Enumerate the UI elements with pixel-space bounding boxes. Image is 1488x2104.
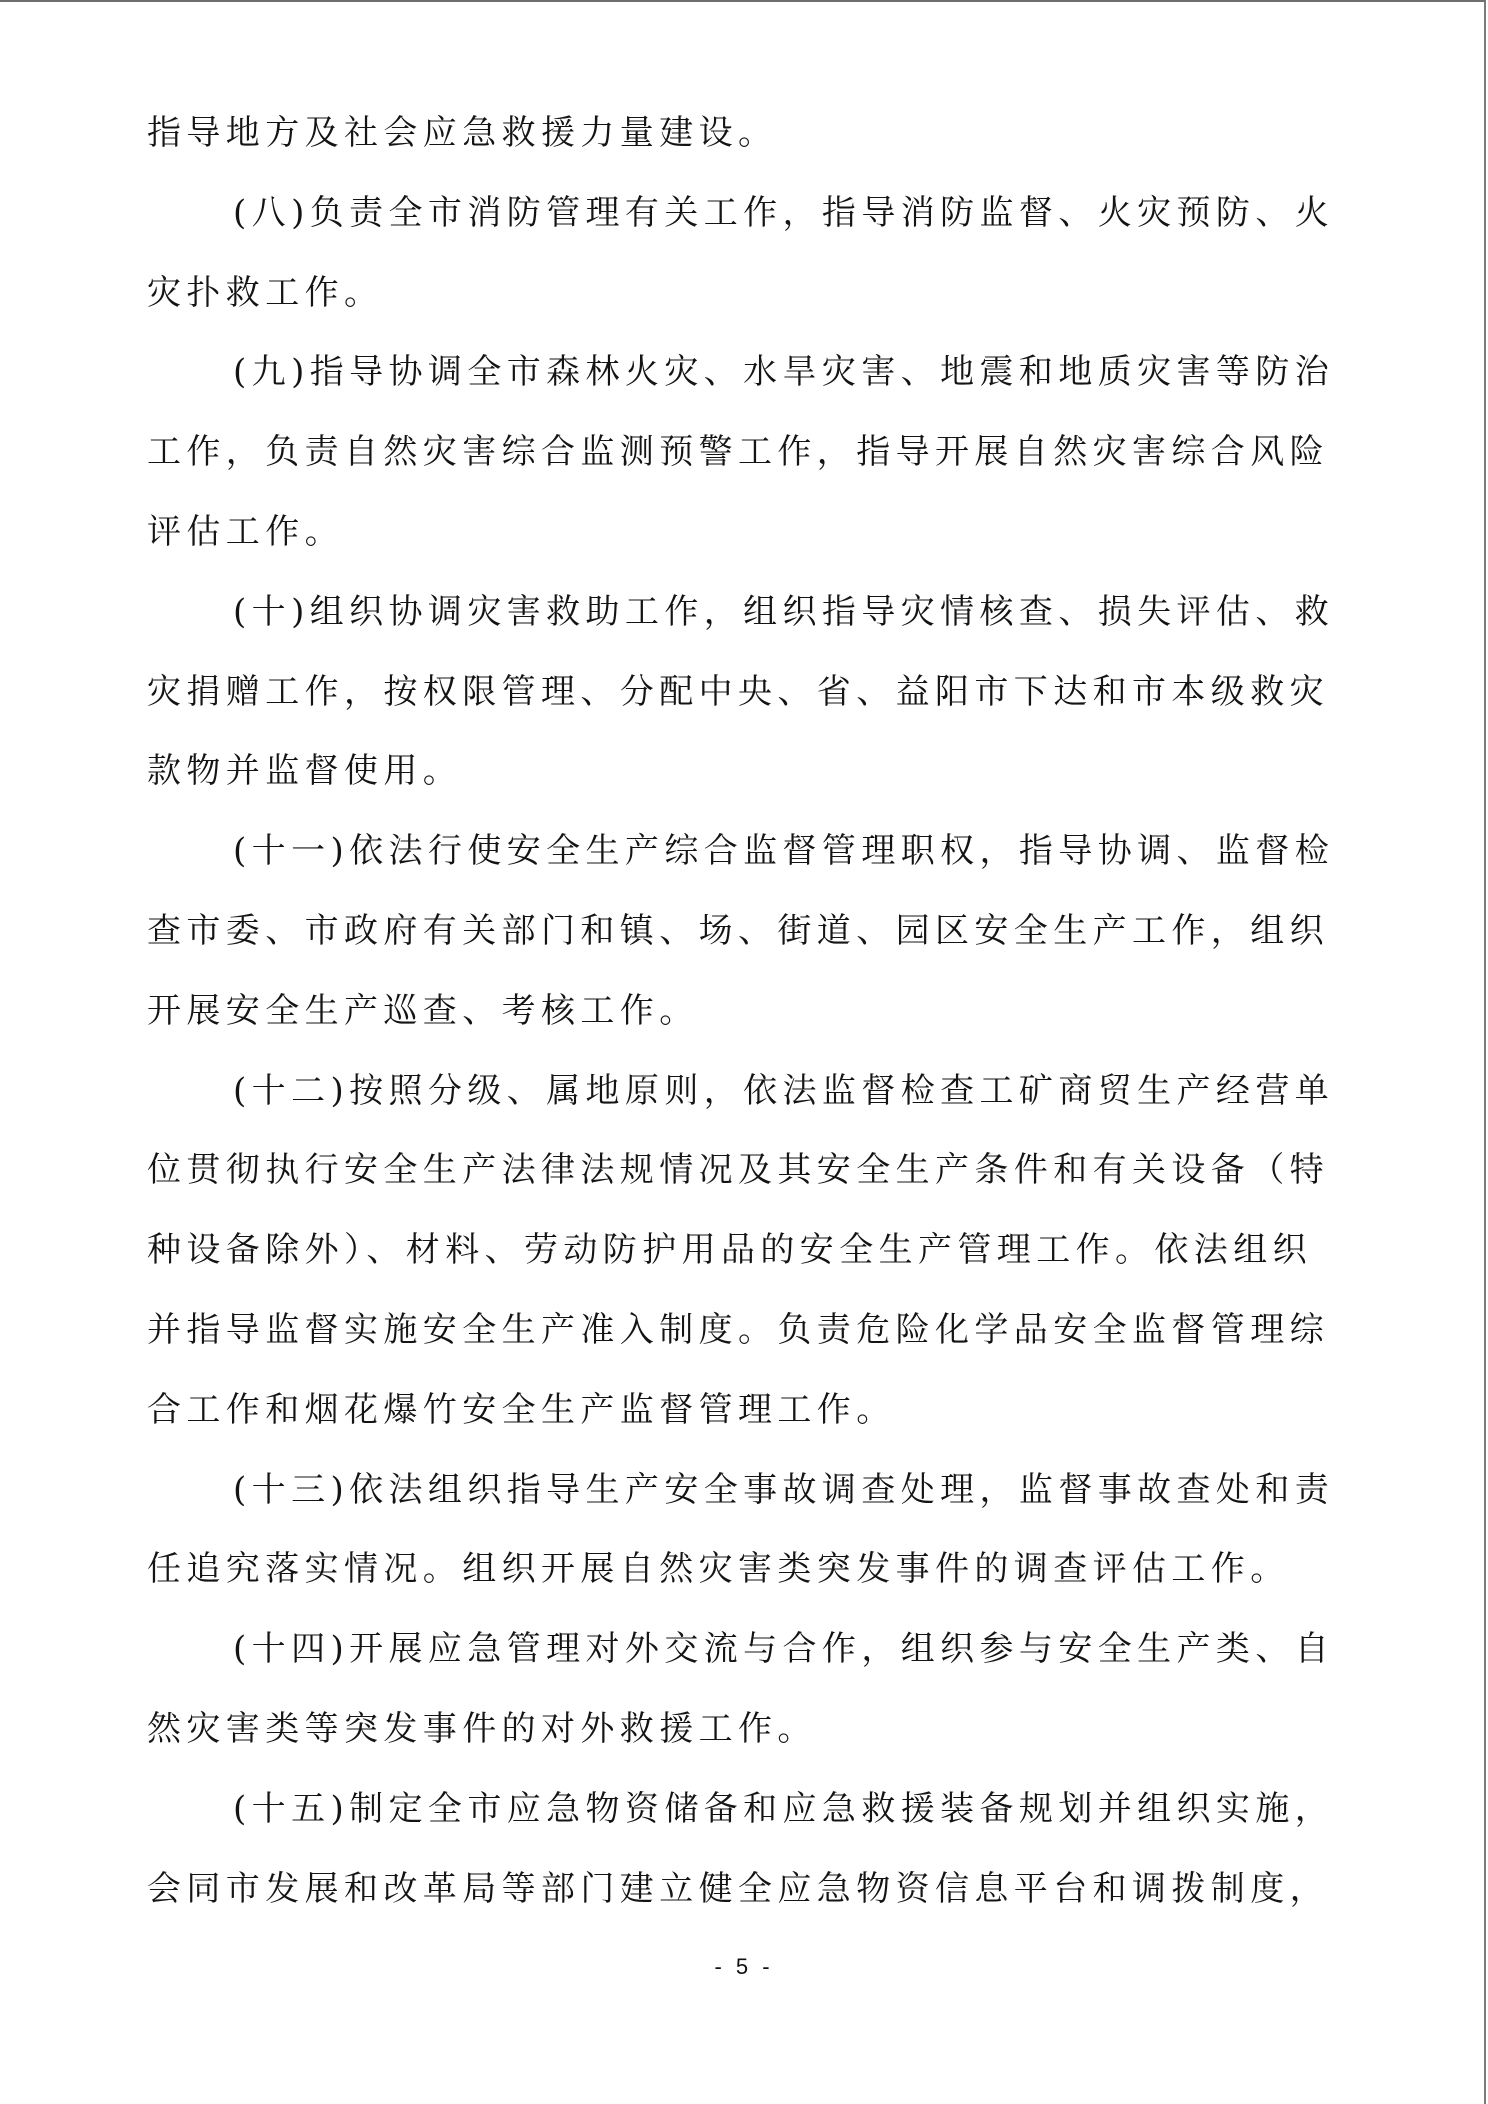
text-line: 会同市发展和改革局等部门建立健全应急物资信息平台和调拨制度， xyxy=(147,1850,1347,1930)
text-line: 开展安全生产巡查、考核工作。 xyxy=(147,972,1347,1052)
text-line: 并指导监督实施安全生产准入制度。负责危险化学品安全监督管理综 xyxy=(147,1291,1347,1371)
text-line: (八)负责全市消防管理有关工作，指导消防监督、火灾预防、火 xyxy=(147,174,1347,254)
document-page: 指导地方及社会应急救援力量建设。 (八)负责全市消防管理有关工作，指导消防监督、… xyxy=(0,0,1486,2104)
page-number: - 5 - xyxy=(0,1954,1488,1980)
text-line: 灾扑救工作。 xyxy=(147,254,1347,334)
text-line: 工作，负责自然灾害综合监测预警工作，指导开展自然灾害综合风险 xyxy=(147,413,1347,493)
text-line: 然灾害类等突发事件的对外救援工作。 xyxy=(147,1690,1347,1770)
text-line: 位贯彻执行安全生产法律法规情况及其安全生产条件和有关设备（特 xyxy=(147,1131,1347,1211)
text-line: 指导地方及社会应急救援力量建设。 xyxy=(147,94,1347,174)
text-line: (十五)制定全市应急物资储备和应急救援装备规划并组织实施， xyxy=(147,1770,1347,1850)
document-body: 指导地方及社会应急救援力量建设。 (八)负责全市消防管理有关工作，指导消防监督、… xyxy=(147,94,1347,1929)
text-line: (十一)依法行使安全生产综合监督管理职权，指导协调、监督检 xyxy=(147,812,1347,892)
text-line: 任追究落实情况。组织开展自然灾害类突发事件的调查评估工作。 xyxy=(147,1530,1347,1610)
text-line: 查市委、市政府有关部门和镇、场、街道、园区安全生产工作，组织 xyxy=(147,892,1347,972)
text-line: (九)指导协调全市森林火灾、水旱灾害、地震和地质灾害等防治 xyxy=(147,333,1347,413)
text-line: 评估工作。 xyxy=(147,493,1347,573)
text-line: (十四)开展应急管理对外交流与合作，组织参与安全生产类、自 xyxy=(147,1610,1347,1690)
text-line: (十三)依法组织指导生产安全事故调查处理，监督事故查处和责 xyxy=(147,1451,1347,1531)
text-line: 种设备除外）、材料、劳动防护用品的安全生产管理工作。依法组织 xyxy=(147,1211,1347,1291)
text-line: (十)组织协调灾害救助工作，组织指导灾情核查、损失评估、救 xyxy=(147,573,1347,653)
text-line: 合工作和烟花爆竹安全生产监督管理工作。 xyxy=(147,1371,1347,1451)
text-line: (十二)按照分级、属地原则，依法监督检查工矿商贸生产经营单 xyxy=(147,1052,1347,1132)
text-line: 款物并监督使用。 xyxy=(147,732,1347,812)
text-line: 灾捐赠工作，按权限管理、分配中央、省、益阳市下达和市本级救灾 xyxy=(147,653,1347,733)
